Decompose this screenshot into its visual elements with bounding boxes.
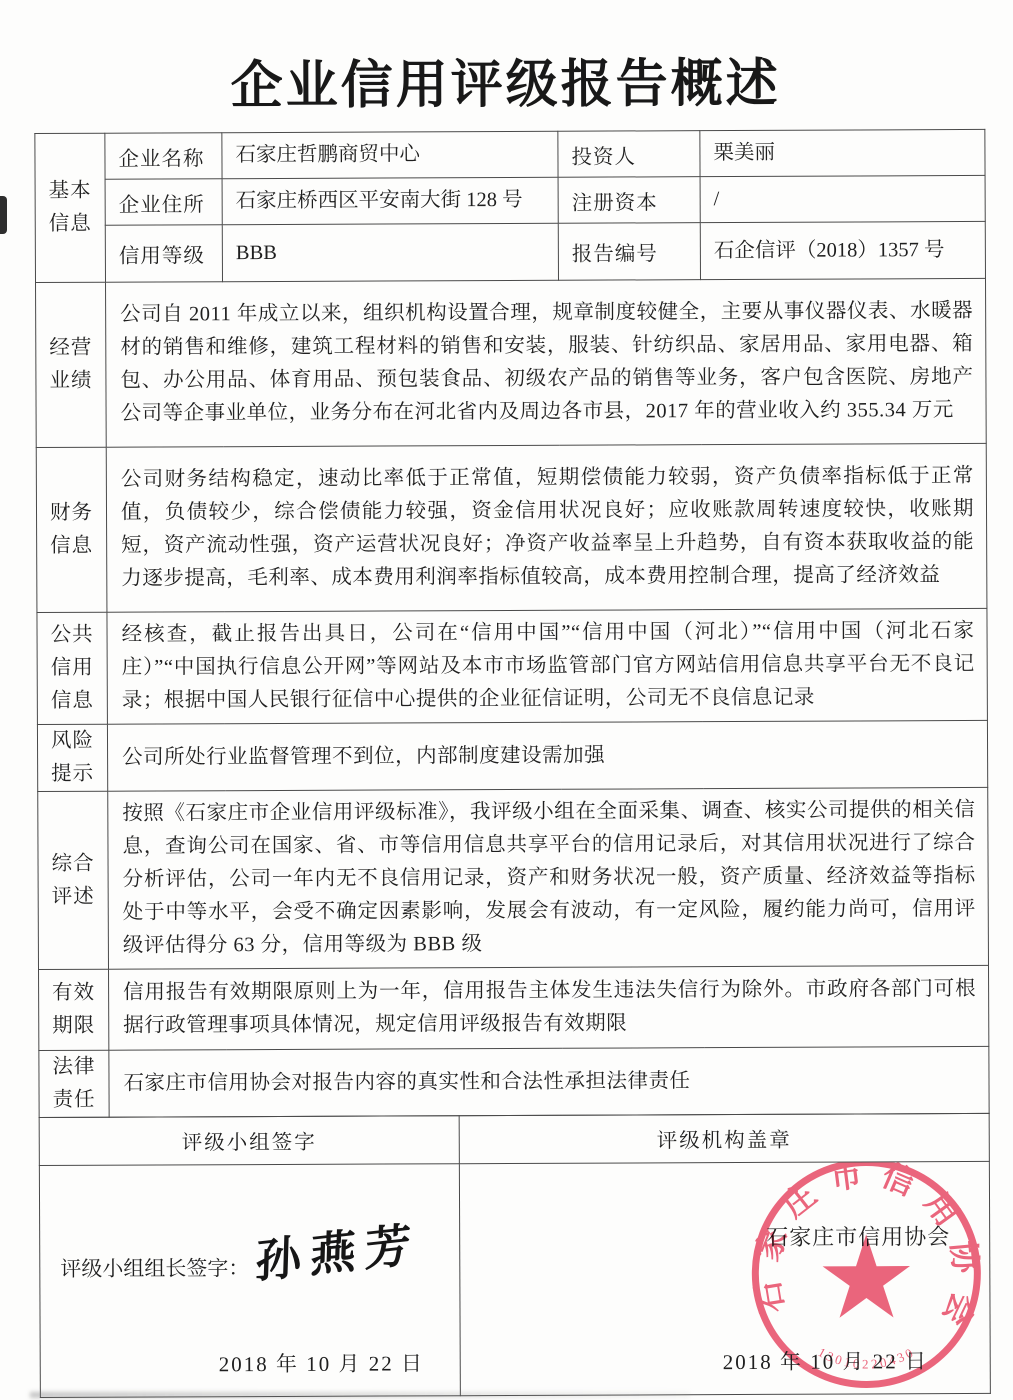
table-row: 基本信息 企业名称 石家庄哲鹏商贸中心 投资人 栗美丽 bbox=[35, 129, 985, 179]
field-label-report-number: 报告编号 bbox=[558, 223, 700, 281]
field-label-address: 企业住所 bbox=[105, 179, 222, 226]
field-label-credit-grade: 信用等级 bbox=[105, 225, 222, 283]
table-row: 经营业绩 公司自 2011 年成立以来，组织机构设置合理，规章制度较健全，主要从… bbox=[36, 278, 987, 447]
field-label-investor: 投资人 bbox=[558, 131, 700, 178]
section-financial-info: 财务信息 bbox=[36, 447, 107, 612]
table-row: 法律责任 石家庄市信用协会对报告内容的真实性和合法性承担法律责任 bbox=[39, 1046, 989, 1117]
stamp-star-icon bbox=[822, 1234, 910, 1318]
scan-artifact-edge-mark bbox=[0, 196, 7, 234]
section-business-performance: 经营业绩 bbox=[36, 282, 107, 447]
field-label-registered-capital: 注册资本 bbox=[558, 177, 700, 224]
leader-signature-handwriting: 孙燕芳 bbox=[255, 1207, 421, 1292]
table-row: 公共信用信息 经核查，截止报告出具日，公司在“信用中国”“信用中国（河北）”“信… bbox=[37, 608, 987, 724]
signoff-header-row: 评级小组签字 评级机构盖章 bbox=[39, 1113, 989, 1165]
section-legal-responsibility: 法律责任 bbox=[39, 1050, 109, 1117]
section-validity-period: 有效期限 bbox=[39, 969, 109, 1050]
field-value-address: 石家庄桥西区平安南大街 128 号 bbox=[222, 177, 558, 224]
paragraph-financial-info: 公司财务结构稳定，速动比率低于正常值，短期偿债能力较弱，资产负债率指标低于正常值… bbox=[106, 443, 987, 612]
section-public-credit-info: 公共信用信息 bbox=[37, 612, 107, 724]
table-row: 综合评述 按照《石家庄市企业信用评级标准》，我评级小组在全面采集、调查、核实公司… bbox=[38, 787, 989, 969]
field-label-company-name: 企业名称 bbox=[105, 133, 222, 180]
field-value-credit-grade: BBB bbox=[222, 223, 558, 281]
section-comprehensive-review: 综合评述 bbox=[38, 791, 109, 969]
report-table: 基本信息 企业名称 石家庄哲鹏商贸中心 投资人 栗美丽 企业住所 石家庄桥西区平… bbox=[34, 129, 989, 1118]
field-value-registered-capital: / bbox=[700, 175, 985, 222]
section-risk-warning: 风险提示 bbox=[37, 724, 107, 791]
table-row: 信用等级 BBB 报告编号 石企信评（2018）1357 号 bbox=[35, 221, 985, 282]
sign-left-header: 评级小组签字 bbox=[39, 1115, 459, 1165]
paragraph-validity-period: 信用报告有效期限原则上为一年，信用报告主体发生违法失信行为除外。市政府各部门可根… bbox=[109, 965, 989, 1050]
paragraph-business-performance: 公司自 2011 年成立以来，组织机构设置合理，规章制度较健全，主要从事仪器仪表… bbox=[106, 278, 987, 447]
sign-right-header: 评级机构盖章 bbox=[459, 1113, 989, 1163]
paragraph-risk-warning: 公司所处行业监督管理不到位，内部制度建设需加强 bbox=[107, 720, 987, 791]
sign-right-cell: 石家庄市信用协会 石家庄市信用协会 13010220430 2018 年 10 … bbox=[459, 1161, 990, 1395]
section-basic-info: 基本信息 bbox=[35, 133, 106, 282]
table-row: 有效期限 信用报告有效期限原则上为一年，信用报告主体发生违法失信行为除外。市政府… bbox=[39, 965, 989, 1050]
table-row: 财务信息 公司财务结构稳定，速动比率低于正常值，短期偿债能力较弱，资产负债率指标… bbox=[36, 443, 987, 612]
table-row: 企业住所 石家庄桥西区平安南大街 128 号 注册资本 / bbox=[35, 175, 985, 225]
paragraph-comprehensive-review: 按照《石家庄市企业信用评级标准》，我评级小组在全面采集、调查、核实公司提供的相关… bbox=[108, 787, 989, 969]
scan-artifact-bottom-smudge bbox=[30, 1392, 690, 1398]
paragraph-public-credit-info: 经核查，截止报告出具日，公司在“信用中国”“信用中国（河北）”“信用中国（河北石… bbox=[107, 608, 987, 724]
table-row: 风险提示 公司所处行业监督管理不到位，内部制度建设需加强 bbox=[37, 720, 987, 791]
signoff-body-row: 评级小组组长签字：孙燕芳 2018 年 10 月 22 日 石家庄市信用协会 石… bbox=[39, 1161, 990, 1397]
paragraph-legal-responsibility: 石家庄市信用协会对报告内容的真实性和合法性承担法律责任 bbox=[109, 1046, 989, 1117]
sign-date-right: 2018 年 10 月 22 日 bbox=[723, 1345, 928, 1376]
sign-left-cell: 评级小组组长签字：孙燕芳 2018 年 10 月 22 日 bbox=[39, 1163, 460, 1397]
leader-sign-line: 评级小组组长签字：孙燕芳 bbox=[60, 1222, 414, 1290]
field-value-investor: 栗美丽 bbox=[700, 129, 985, 176]
field-value-report-number: 石企信评（2018）1357 号 bbox=[700, 221, 985, 279]
scanned-report-sheet: 企业信用评级报告概述 基本信息 企业名称 石家庄哲鹏商贸中心 投资人 栗美丽 企… bbox=[0, 0, 1013, 1400]
field-value-company-name: 石家庄哲鹏商贸中心 bbox=[222, 131, 558, 178]
page-title: 企业信用评级报告概述 bbox=[0, 40, 1012, 119]
leader-sign-label: 评级小组组长签字： bbox=[60, 1256, 249, 1281]
sign-date-left: 2018 年 10 月 22 日 bbox=[219, 1347, 424, 1378]
signoff-table: 评级小组签字 评级机构盖章 评级小组组长签字：孙燕芳 2018 年 10 月 2… bbox=[39, 1112, 991, 1397]
